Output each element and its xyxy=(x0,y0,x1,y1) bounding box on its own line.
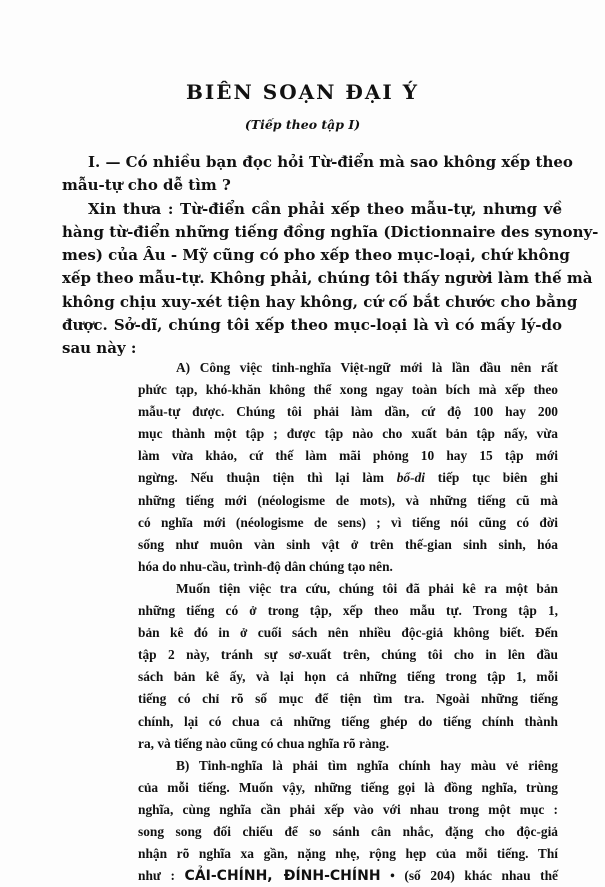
paragraph-line: ra, và tiếng nào cũng có chua nghĩa rõ r… xyxy=(138,733,558,755)
paragraph-line: ngừng. Nếu thuận tiện thì lại làm bổ-di … xyxy=(138,467,558,489)
paragraph-line: tiếng có chỉ rõ số mục để tiện tìm tra. … xyxy=(138,688,558,710)
paragraph-line: hàng từ-điển những tiếng đồng nghĩa (Dic… xyxy=(62,221,562,244)
paragraph-line: I. — Có nhiều bạn đọc hỏi Từ-điển mà sao… xyxy=(62,151,562,174)
paragraph-line: mục thành một tập ; được tập nào cho xuấ… xyxy=(138,423,558,445)
paragraph-line: phức tạp, khó-khăn không thể xong ngay t… xyxy=(138,379,558,401)
paragraph-line: mẫu-tự được. Chúng tôi phải làm dần, cứ … xyxy=(138,401,558,423)
paragraph-line: hóa do nhu-cầu, trình-độ dân chúng tạo n… xyxy=(138,556,558,578)
paragraph-line: như : CẢI-CHÍNH, ĐÍNH-CHÍNH • (số 204) k… xyxy=(138,865,558,887)
page-subtitle: (Tiếp theo tập I) xyxy=(0,117,605,132)
paragraph-line: sách bản kê ấy, và lại họn cả những tiến… xyxy=(138,666,558,688)
caps-term: CẢI-CHÍNH, ĐÍNH-CHÍNH xyxy=(185,868,381,884)
italic-term: bổ-di xyxy=(397,470,425,485)
document-page: BIÊN SOẠN ĐẠI Ý (Tiếp theo tập I) I. — C… xyxy=(0,0,605,887)
paragraph-line: bản kê đó in ở cuối sách nên nhiều độc-g… xyxy=(138,622,558,644)
question-section: I. — Có nhiều bạn đọc hỏi Từ-điển mà sao… xyxy=(62,151,562,361)
paragraph-line: không chịu xuy-xét tiện hay không, cứ cố… xyxy=(62,291,562,314)
paragraph-line: tập 2 này, tránh sự sơ-xuất trên, chúng … xyxy=(138,644,558,666)
paragraph-line: của mỗi tiếng. Muốn vậy, những tiếng gọi… xyxy=(138,777,558,799)
paragraph-line: A) Công việc tinh-nghĩa Việt-ngữ mới là … xyxy=(138,357,558,379)
paragraph-line: xếp theo mẫu-tự. Không phải, chúng tôi t… xyxy=(62,267,562,290)
paragraph-line: được. Sở-dĩ, chúng tôi xếp theo mục-loại… xyxy=(62,314,562,337)
paragraph-line: có nghĩa mới (néologisme de sens) ; vì t… xyxy=(138,512,558,534)
paragraph-line: những tiếng mới (néologisme de mots), và… xyxy=(138,490,558,512)
paragraph-line: Xin thưa : Từ-điển cần phải xếp theo mẫu… xyxy=(62,198,562,221)
paragraph-line: chính, lại có chua cả những tiếng ghép d… xyxy=(138,711,558,733)
text-run: như : xyxy=(138,868,185,883)
paragraph-line: Muốn tiện việc tra cứu, chúng tôi đã phả… xyxy=(138,578,558,600)
paragraph-line: làm vừa khảo, cứ thế làm mãi phỏng 10 ha… xyxy=(138,445,558,467)
paragraph-line: sống như muôn vàn sinh vật ở trên thế-gi… xyxy=(138,534,558,556)
paragraph-line: mẫu-tự cho dễ tìm ? xyxy=(62,174,562,197)
paragraph-line: mes) của Âu - Mỹ cũng có pho xếp theo mụ… xyxy=(62,244,562,267)
text-run: • (số 204) khác nhau thế xyxy=(381,868,558,883)
reasons-section: A) Công việc tinh-nghĩa Việt-ngữ mới là … xyxy=(138,357,558,887)
paragraph-line: những tiếng có ở trong tập, xếp theo mẫu… xyxy=(138,600,558,622)
paragraph-line: nhận rõ nghĩa xa gần, nặng nhẹ, rộng hẹp… xyxy=(138,843,558,865)
text-run: tiếp tục biên ghi xyxy=(425,470,558,485)
page-title: BIÊN SOẠN ĐẠI Ý xyxy=(0,80,605,104)
paragraph-line: song song đối chiếu để so sánh cân nhắc,… xyxy=(138,821,558,843)
paragraph-line: B) Tinh-nghĩa là phải tìm nghĩa chính ha… xyxy=(138,755,558,777)
paragraph-line: nghĩa, cùng nghĩa cần phải xếp vào với n… xyxy=(138,799,558,821)
text-run: ngừng. Nếu thuận tiện thì lại làm xyxy=(138,470,397,485)
